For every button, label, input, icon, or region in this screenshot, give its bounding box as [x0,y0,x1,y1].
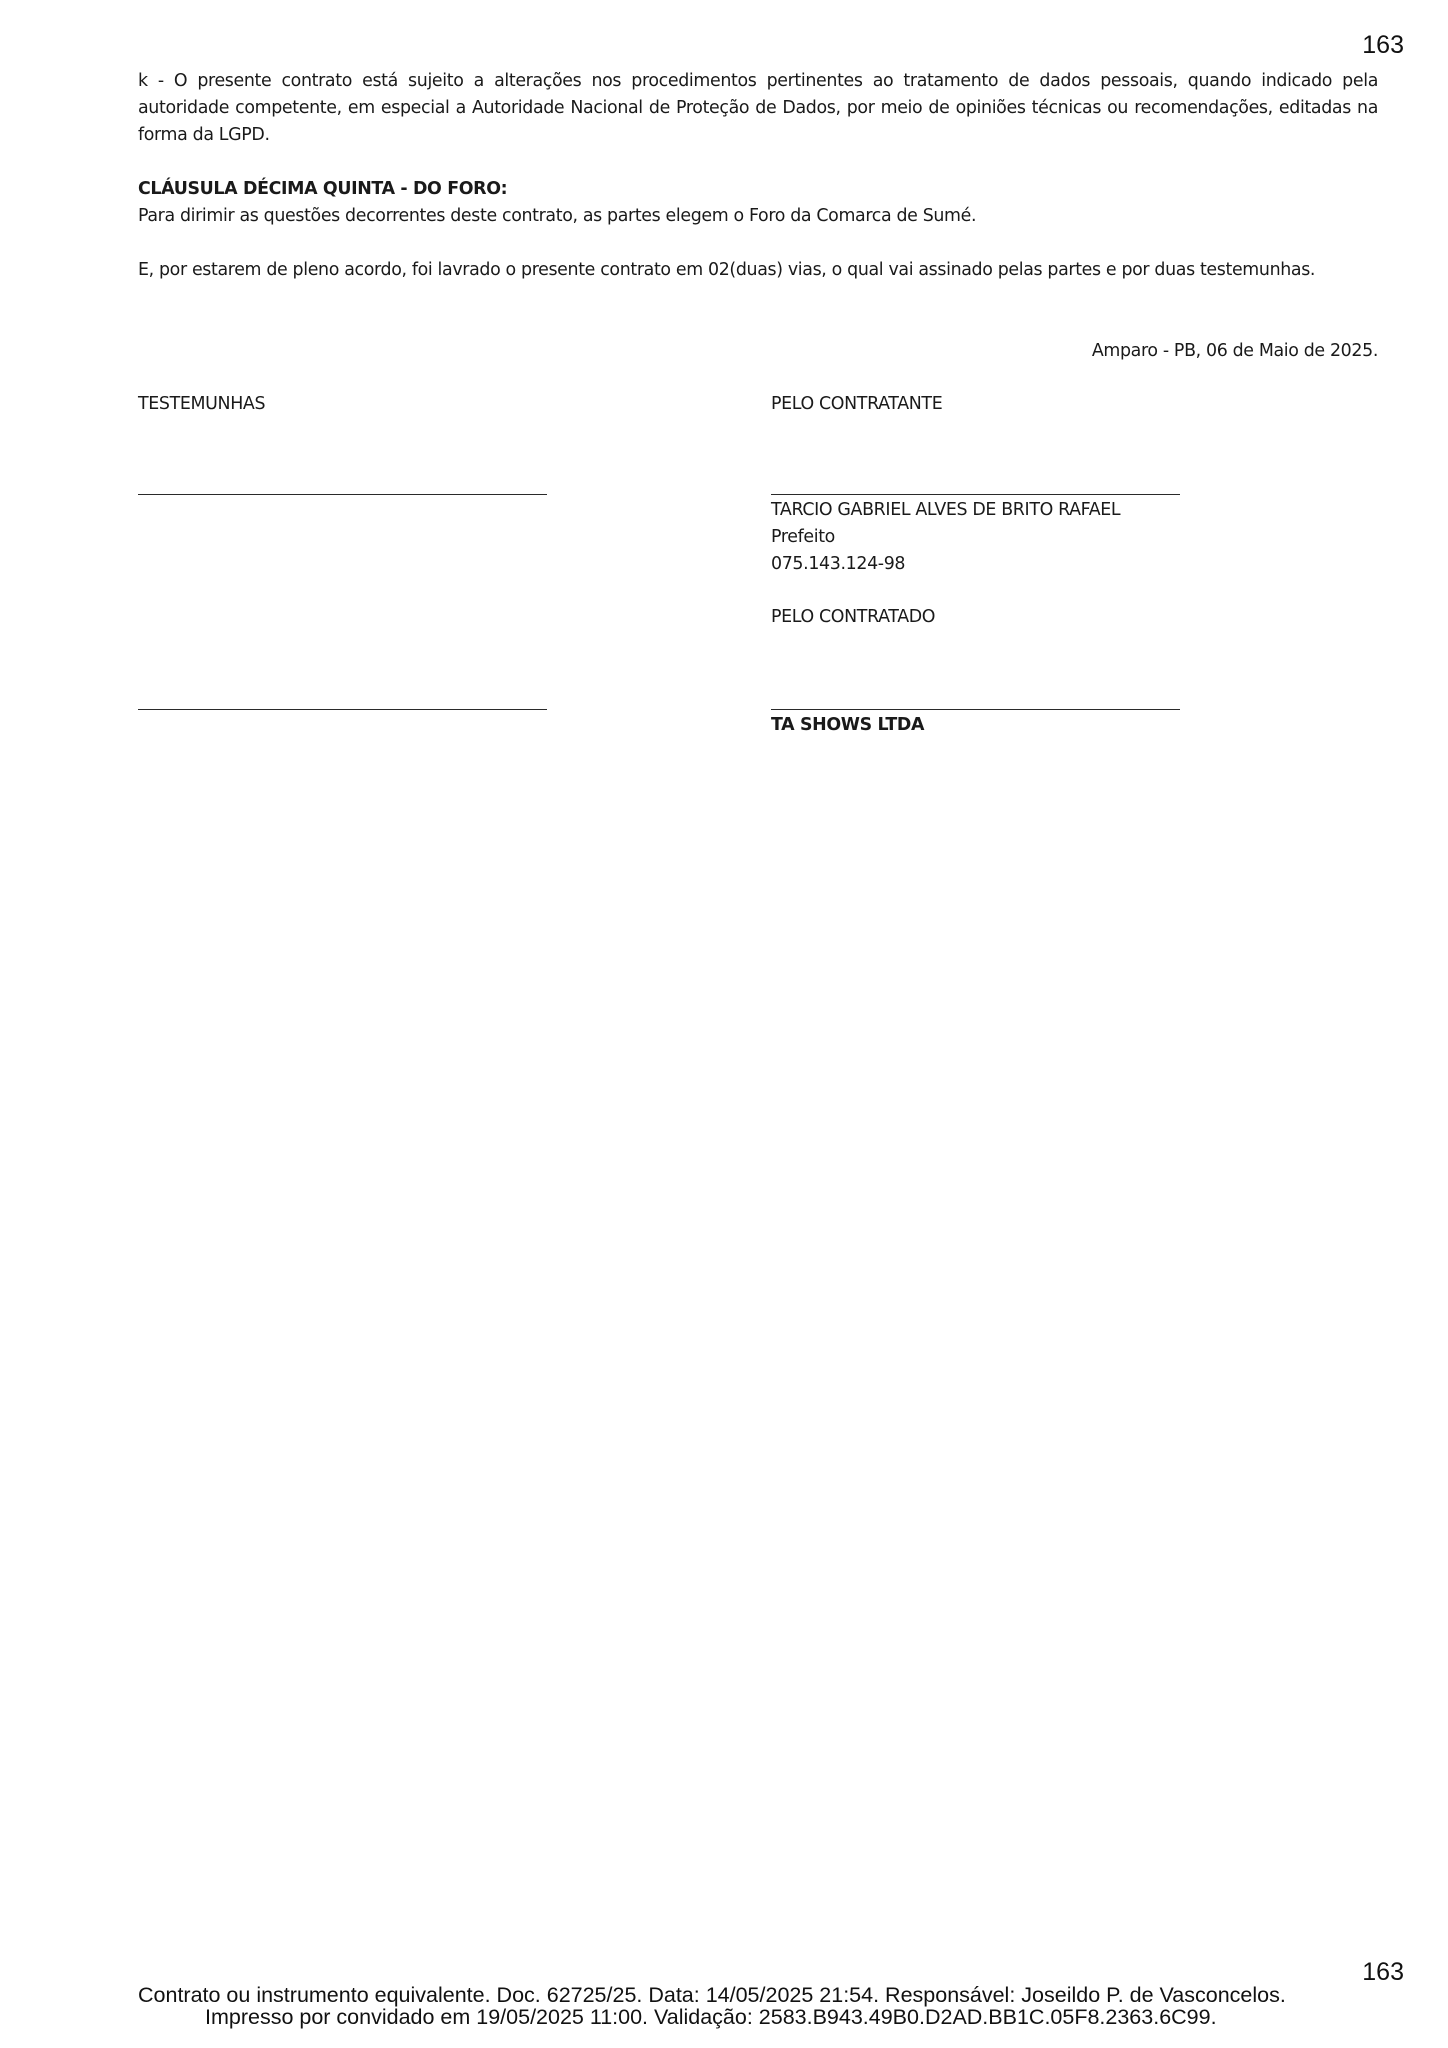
witness-1-signature-line [138,494,547,495]
contracting-label: PELO CONTRATANTE [771,391,942,418]
contracted-label: PELO CONTRATADO [771,604,935,631]
contracted-name: TA SHOWS LTDA [771,712,924,739]
contracting-id: 075.143.124-98 [771,551,1120,578]
contracting-signature-line [771,494,1180,495]
contracting-role: Prefeito [771,524,1120,551]
footer-document-info: Contrato ou instrumento equivalente. Doc… [138,1985,1286,2006]
contracted-signature-line [771,709,1180,710]
footer-validation-info: Impresso por convidado em 19/05/2025 11:… [205,2007,1217,2028]
clause-body: Para dirimir as questões decorrentes des… [138,203,1378,230]
contracting-name: TARCIO GABRIEL ALVES DE BRITO RAFAEL [771,497,1120,524]
witness-2-signature-line [138,709,547,710]
witnesses-label: TESTEMUNHAS [138,391,265,418]
clause-heading: CLÁUSULA DÉCIMA QUINTA - DO FORO: [138,176,1378,203]
closing-paragraph: E, por estarem de pleno acordo, foi lavr… [138,257,1378,284]
date-line: Amparo - PB, 06 de Maio de 2025. [138,338,1378,365]
page-number-bottom: 163 [1362,1960,1404,1985]
page-number-top: 163 [1362,33,1404,58]
contracting-signatory: TARCIO GABRIEL ALVES DE BRITO RAFAEL Pre… [771,497,1120,578]
paragraph-k: k - O presente contrato está sujeito a a… [138,68,1378,149]
